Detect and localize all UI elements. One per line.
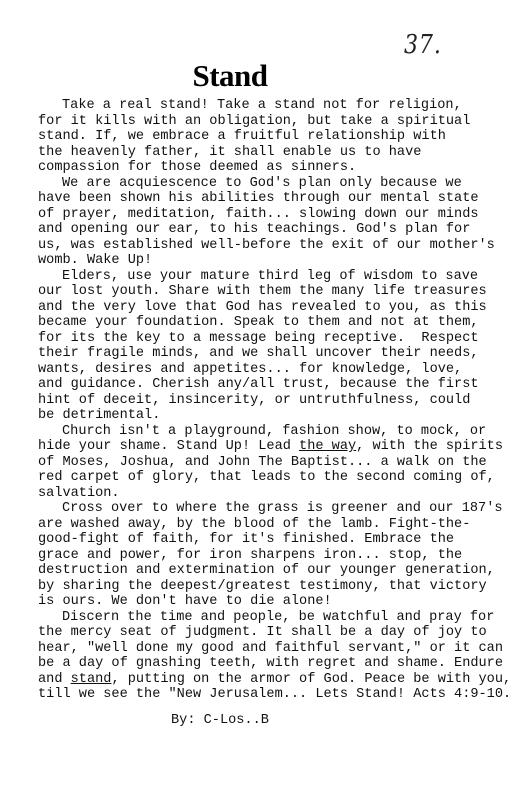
text-line: hint of deceit, insincerity, or untruthf… [38,393,518,409]
text-line: us, was established well-before the exit… [38,238,518,254]
paragraph: Elders, use your mature third leg of wis… [38,269,518,424]
text-line: of prayer, meditation, faith... slowing … [38,207,518,223]
paragraph: Discern the time and people, be watchful… [38,610,518,703]
paragraph: We are acquiescence to God's plan only b… [38,176,518,269]
text-line: for it kills with an obligation, but tak… [38,114,518,130]
text-line: and stand, putting on the armor of God. … [38,672,518,688]
text-line: compassion for those deemed as sinners. [38,160,518,176]
text-line: We are acquiescence to God's plan only b… [38,176,518,192]
text-line: the mercy seat of judgment. It shall be … [38,625,518,641]
text-line: for its the key to a message being recep… [38,331,518,347]
text-line: and opening our ear, to his teachings. G… [38,222,518,238]
text-line: and the very love that God has revealed … [38,300,518,316]
text-line: hear, "well done my good and faithful se… [38,641,518,657]
text-line: are washed away, by the blood of the lam… [38,517,518,533]
text-line: became your foundation. Speak to them an… [38,315,518,331]
underlined-text: the way [299,439,356,454]
page-number: 37. [404,30,442,60]
paragraph: Cross over to where the grass is greener… [38,501,518,610]
text-line: have been shown his abilities through ou… [38,191,518,207]
text-line: Church isn't a playground, fashion show,… [38,424,518,440]
underlined-text: stand [71,672,112,687]
text-line: good-fight of faith, for it's finished. … [38,532,518,548]
text-line: Take a real stand! Take a stand not for … [38,98,518,114]
text-line: red carpet of glory, that leads to the s… [38,470,518,486]
paragraph: Church isn't a playground, fashion show,… [38,424,518,502]
text-line: hide your shame. Stand Up! Lead the way,… [38,439,518,455]
text-line: Discern the time and people, be watchful… [38,610,518,626]
text-line: Cross over to where the grass is greener… [38,501,518,517]
text-line: and guidance. Cherish any/all trust, bec… [38,377,518,393]
text-line: the heavenly father, it shall enable us … [38,145,518,161]
text-line: wants, desires and appetites... for know… [38,362,518,378]
text-line: our lost youth. Share with them the many… [38,284,518,300]
text-line: is ours. We don't have to die alone! [38,594,518,610]
text-line: till we see the "New Jerusalem... Lets S… [38,687,518,703]
text-line: their fragile minds, and we shall uncove… [38,346,518,362]
text-line: destruction and extermination of our you… [38,563,518,579]
text-line: womb. Wake Up! [38,253,518,269]
paragraph: Take a real stand! Take a stand not for … [38,98,518,176]
text-line: Elders, use your mature third leg of wis… [38,269,518,285]
text-line: by sharing the deepest/greatest testimon… [38,579,518,595]
text-line: of Moses, Joshua, and John The Baptist..… [38,455,518,471]
text-line: grace and power, for iron sharpens iron.… [38,548,518,564]
byline: By: C-Los..B [171,713,269,728]
text-line: salvation. [38,486,518,502]
text-line: be detrimental. [38,408,518,424]
text-line: stand. If, we embrace a fruitful relatio… [38,129,518,145]
document-body: Take a real stand! Take a stand not for … [38,98,518,703]
document-title: Stand [0,58,460,94]
text-line: be a day of gnashing teeth, with regret … [38,656,518,672]
